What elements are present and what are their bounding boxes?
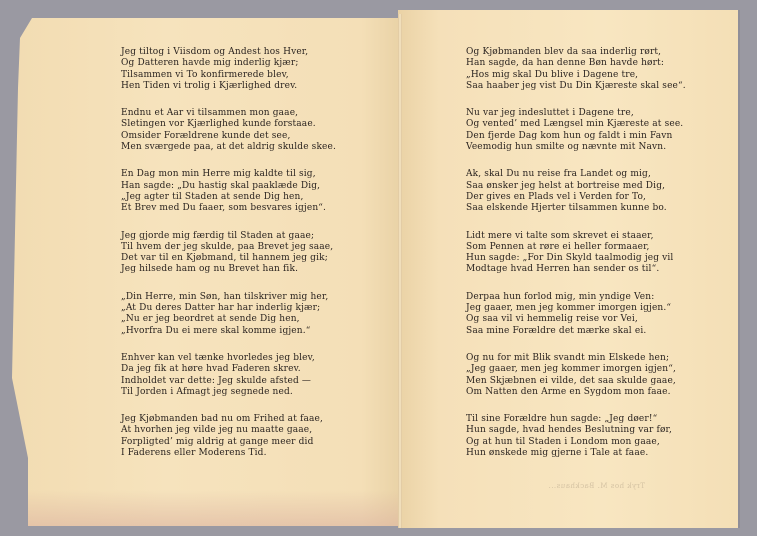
verse-line: Saa ønsker jeg helst at bortreise med Di… bbox=[466, 181, 726, 192]
bleed-through-imprint: Tryk hos M. Backhaus... bbox=[548, 482, 645, 490]
verse-line: Han sagde, da han denne Bøn havde hørt: bbox=[466, 58, 726, 69]
verse-line: „Jeg gaaer, men jeg kommer imorgen igjen… bbox=[466, 364, 726, 375]
stanza: Derpaa hun forlod mig, min yndige Ven:Je… bbox=[466, 292, 726, 337]
verse-line: Lidt mere vi talte som skrevet ei staaer… bbox=[466, 231, 726, 242]
page-fold bbox=[398, 14, 402, 528]
verse-line: Men Skjæbnen ei vilde, det saa skulde ga… bbox=[466, 376, 726, 387]
verse-line: Derpaa hun forlod mig, min yndige Ven: bbox=[466, 292, 726, 303]
verse-line: Enhver kan vel tænke hvorledes jeg blev, bbox=[121, 353, 391, 364]
verse-line: Jeg gjorde mig færdig til Staden at gaae… bbox=[121, 231, 391, 242]
verse-line: Saa haaber jeg vist Du Din Kjæreste skal… bbox=[466, 81, 726, 92]
verse-line: Saa elskende Hjerter tilsammen kunne bo. bbox=[466, 203, 726, 214]
verse-line: Til sine Forældre hun sagde: „Jeg døer!“ bbox=[466, 414, 726, 425]
verse-line: Sletingen vor Kjærlighed kunde forstaae. bbox=[121, 119, 391, 130]
verse-line: Jeg gaaer, men jeg kommer imorgen igjen.… bbox=[466, 303, 726, 314]
verse-line: Indholdet var dette: Jeg skulde afsted — bbox=[121, 376, 391, 387]
verse-line: Og vented’ med Længsel min Kjæreste at s… bbox=[466, 119, 726, 130]
verse-line: Et Brev med Du faaer, som besvares igjen… bbox=[121, 203, 391, 214]
verse-line: Hen Tiden vi trolig i Kjærlighed drev. bbox=[121, 81, 391, 92]
verse-line: „At Du deres Datter har har inderlig kjæ… bbox=[121, 303, 391, 314]
verse-line: Da jeg fik at høre hvad Faderen skrev. bbox=[121, 364, 391, 375]
stanza: Ak, skal Du nu reise fra Landet og mig,S… bbox=[466, 169, 726, 214]
verse-line: Den fjerde Dag kom hun og faldt i min Fa… bbox=[466, 131, 726, 142]
verse-line: „Hvorfra Du ei mere skal komme igjen.“ bbox=[121, 326, 391, 337]
verse-line: „Nu er jeg beordret at sende Dig hen, bbox=[121, 314, 391, 325]
verse-line: Men sværgede paa, at det aldrig skulde s… bbox=[121, 142, 391, 153]
verse-line: Det var til en Kjøbmand, til hannem jeg … bbox=[121, 253, 391, 264]
verse-line: Og nu for mit Blik svandt min Elskede he… bbox=[466, 353, 726, 364]
stanza: Lidt mere vi talte som skrevet ei staaer… bbox=[466, 231, 726, 276]
verse-line: Ak, skal Du nu reise fra Landet og mig, bbox=[466, 169, 726, 180]
stanza: Nu var jeg indesluttet i Dagene tre,Og v… bbox=[466, 108, 726, 153]
verse-line: Veemodig hun smilte og nævnte mit Navn. bbox=[466, 142, 726, 153]
verse-line: Tilsammen vi To konfirmerede blev, bbox=[121, 70, 391, 81]
stanza: Jeg Kjøbmanden bad nu om Frihed at faae,… bbox=[121, 414, 391, 459]
verse-line: „Din Herre, min Søn, han tilskriver mig … bbox=[121, 292, 391, 303]
verse-line: At hvorhen jeg vilde jeg nu maatte gaae, bbox=[121, 425, 391, 436]
verse-line: En Dag mon min Herre mig kaldte til sig, bbox=[121, 169, 391, 180]
verse-line: I Faderens eller Moderens Tid. bbox=[121, 448, 391, 459]
verse-line: Og at hun til Staden i Londom mon gaae, bbox=[466, 437, 726, 448]
verse-line: Modtage hvad Herren han sender os til“. bbox=[466, 264, 726, 275]
right-page-text: Og Kjøbmanden blev da saa inderlig rørt,… bbox=[466, 47, 726, 475]
verse-line: Jeg Kjøbmanden bad nu om Frihed at faae, bbox=[121, 414, 391, 425]
verse-line: „Hos mig skal Du blive i Dagene tre, bbox=[466, 70, 726, 81]
verse-line: Saa mine Forældre det mærke skal ei. bbox=[466, 326, 726, 337]
verse-line: Og saa vil vi hemmelig reise vor Vei, bbox=[466, 314, 726, 325]
verse-line: Endnu et Aar vi tilsammen mon gaae, bbox=[121, 108, 391, 119]
verse-line: Og Kjøbmanden blev da saa inderlig rørt, bbox=[466, 47, 726, 58]
stanza: Og nu for mit Blik svandt min Elskede he… bbox=[466, 353, 726, 398]
stanza: Enhver kan vel tænke hvorledes jeg blev,… bbox=[121, 353, 391, 398]
verse-line: Til hvem der jeg skulde, paa Brevet jeg … bbox=[121, 242, 391, 253]
verse-line: Han sagde: „Du hastig skal paaklæde Dig, bbox=[121, 181, 391, 192]
verse-line: Jeg hilsede ham og nu Brevet han fik. bbox=[121, 264, 391, 275]
verse-line: Og Datteren havde mig inderlig kjær; bbox=[121, 58, 391, 69]
verse-line: Hun ønskede mig gjerne i Tale at faae. bbox=[466, 448, 726, 459]
verse-line: „Jeg agter til Staden at sende Dig hen, bbox=[121, 192, 391, 203]
verse-line: Om Natten den Arme en Sygdom mon faae. bbox=[466, 387, 726, 398]
stanza: Jeg gjorde mig færdig til Staden at gaae… bbox=[121, 231, 391, 276]
stanza: Endnu et Aar vi tilsammen mon gaae,Sleti… bbox=[121, 108, 391, 153]
stanza: Og Kjøbmanden blev da saa inderlig rørt,… bbox=[466, 47, 726, 92]
book-spread: Jeg tiltog i Viisdom og Andest hos Hver,… bbox=[0, 0, 757, 536]
stanza: „Din Herre, min Søn, han tilskriver mig … bbox=[121, 292, 391, 337]
verse-line: Omsider Forældrene kunde det see, bbox=[121, 131, 391, 142]
stanza: Jeg tiltog i Viisdom og Andest hos Hver,… bbox=[121, 47, 391, 92]
stanza: En Dag mon min Herre mig kaldte til sig,… bbox=[121, 169, 391, 214]
verse-line: Jeg tiltog i Viisdom og Andest hos Hver, bbox=[121, 47, 391, 58]
left-page-text: Jeg tiltog i Viisdom og Andest hos Hver,… bbox=[121, 47, 391, 475]
verse-line: Forpligted’ mig aldrig at gange meer did bbox=[121, 437, 391, 448]
verse-line: Hun sagde: „For Din Skyld taalmodig jeg … bbox=[466, 253, 726, 264]
stanza: Til sine Forældre hun sagde: „Jeg døer!“… bbox=[466, 414, 726, 459]
verse-line: Som Pennen at røre ei heller formaaer, bbox=[466, 242, 726, 253]
paper-stain bbox=[28, 490, 400, 526]
verse-line: Nu var jeg indesluttet i Dagene tre, bbox=[466, 108, 726, 119]
verse-line: Der gives en Plads vel i Verden for To, bbox=[466, 192, 726, 203]
verse-line: Hun sagde, hvad hendes Beslutning var fø… bbox=[466, 425, 726, 436]
verse-line: Til Jorden i Afmagt jeg segnede ned. bbox=[121, 387, 391, 398]
